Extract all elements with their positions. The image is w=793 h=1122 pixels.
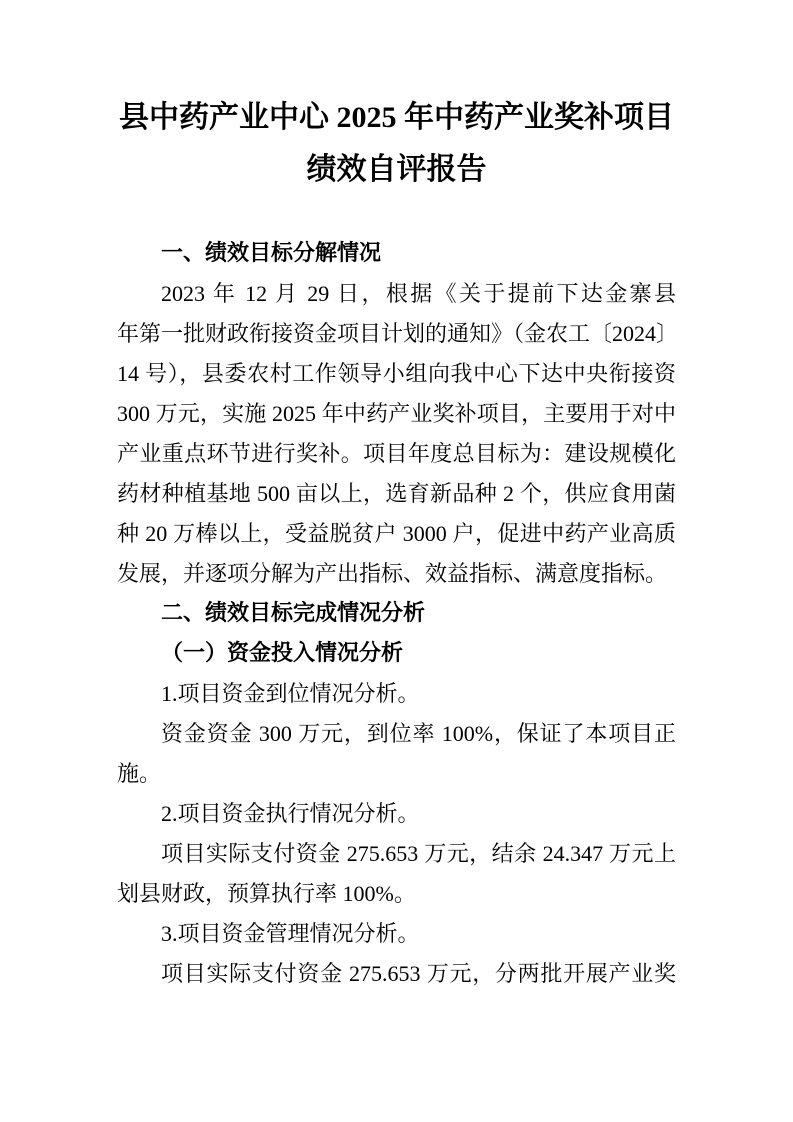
document-page: 县中药产业中心 2025 年中药产业奖补项目 绩效自评报告 一、绩效目标分解情况…: [0, 0, 793, 1122]
title-line-2: 绩效自评报告: [117, 144, 676, 196]
paragraph-line: 发展，并逐项分解为产出指标、效益指标、满意度指标。: [117, 554, 676, 594]
list-item-heading-1: 1.项目资金到位情况分析。: [117, 674, 676, 714]
paragraph-line: 划县财政，预算执行率 100%。: [117, 874, 676, 914]
document-body: 一、绩效目标分解情况 2023 年 12 月 29 日，根据《关于提前下达金寨县…: [117, 234, 676, 994]
list-item-heading-3: 3.项目资金管理情况分析。: [117, 914, 676, 954]
paragraph-line: 300 万元，实施 2025 年中药产业奖补项目，主要用于对中药: [117, 394, 676, 434]
list-item-heading-2: 2.项目资金执行情况分析。: [117, 794, 676, 834]
paragraph-line: 药材种植基地 500 亩以上，选育新品种 2 个，供应食用菌良: [117, 474, 676, 514]
paragraph-line: 2023 年 12 月 29 日，根据《关于提前下达金寨县 2025: [117, 274, 676, 314]
section-heading-2: 二、绩效目标完成情况分析: [117, 594, 676, 634]
subsection-heading-1: （一）资金投入情况分析: [117, 634, 676, 674]
paragraph-line: 产业重点环节进行奖补。项目年度总目标为：建设规模化中: [117, 434, 676, 474]
paragraph-line: 项目实际支付资金 275.653 万元，结余 24.347 万元上: [117, 834, 676, 874]
title-line-1: 县中药产业中心 2025 年中药产业奖补项目: [117, 92, 676, 144]
paragraph-line: 施。: [117, 754, 676, 794]
document-title: 县中药产业中心 2025 年中药产业奖补项目 绩效自评报告: [117, 0, 676, 196]
section-heading-1: 一、绩效目标分解情况: [117, 234, 676, 274]
text-column: 县中药产业中心 2025 年中药产业奖补项目 绩效自评报告 一、绩效目标分解情况…: [117, 0, 676, 994]
paragraph-line: 项目实际支付资金 275.653 万元，分两批开展产业奖补: [117, 954, 676, 994]
paragraph-line: 14 号），县委农村工作领导小组向我中心下达中央衔接资金: [117, 354, 676, 394]
paragraph-line: 资金资金 300 万元，到位率 100%，保证了本项目正常实: [117, 714, 676, 754]
paragraph-line: 年第一批财政衔接资金项目计划的通知》（金农工〔2024〕: [117, 314, 676, 354]
paragraph-line: 种 20 万棒以上，受益脱贫户 3000 户，促进中药产业高质量: [117, 514, 676, 554]
